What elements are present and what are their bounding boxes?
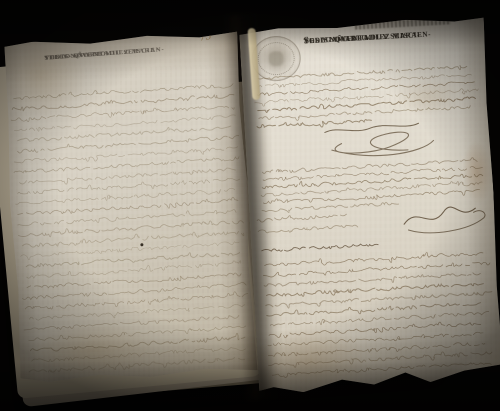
manuscript-photo: SELLO QVARTO-DIEZ MARA- VEDIS-AÑO DE MIL…: [0, 0, 500, 411]
handwritten-paragraph-3: [261, 248, 493, 380]
signature-rubric-right: [395, 193, 493, 238]
signature-rubric-center: [310, 118, 442, 161]
trimmed-stamp-fragment: [355, 17, 451, 29]
folio-number: 75: [198, 31, 212, 44]
right-manuscript-page: SELLO QVARTO-DIEZ MARA- VEDIS-AÑO DE MIL…: [239, 15, 500, 394]
stamp-line: TOS Y NOVENTA.: [304, 34, 372, 47]
signature-faint-left: [255, 209, 356, 237]
tax-stamp-imprint-right: SELLO QVARTO-DIEZ MARA- VEDIS-AÑO DE MIL…: [304, 28, 479, 38]
stamp-line: TOS Y NOVENTA.: [44, 50, 112, 63]
left-manuscript-page: SELLO QVARTO-DIEZ MARA- VEDIS-AÑO DE MIL…: [0, 29, 259, 385]
tax-stamp-imprint-left: SELLO QVARTO-DIEZ MARA- VEDIS-AÑO DE MIL…: [44, 44, 196, 55]
handwritten-text-block: [8, 79, 251, 377]
handwritten-heading-line: [259, 238, 379, 257]
handwritten-paragraph-1: [252, 62, 477, 130]
